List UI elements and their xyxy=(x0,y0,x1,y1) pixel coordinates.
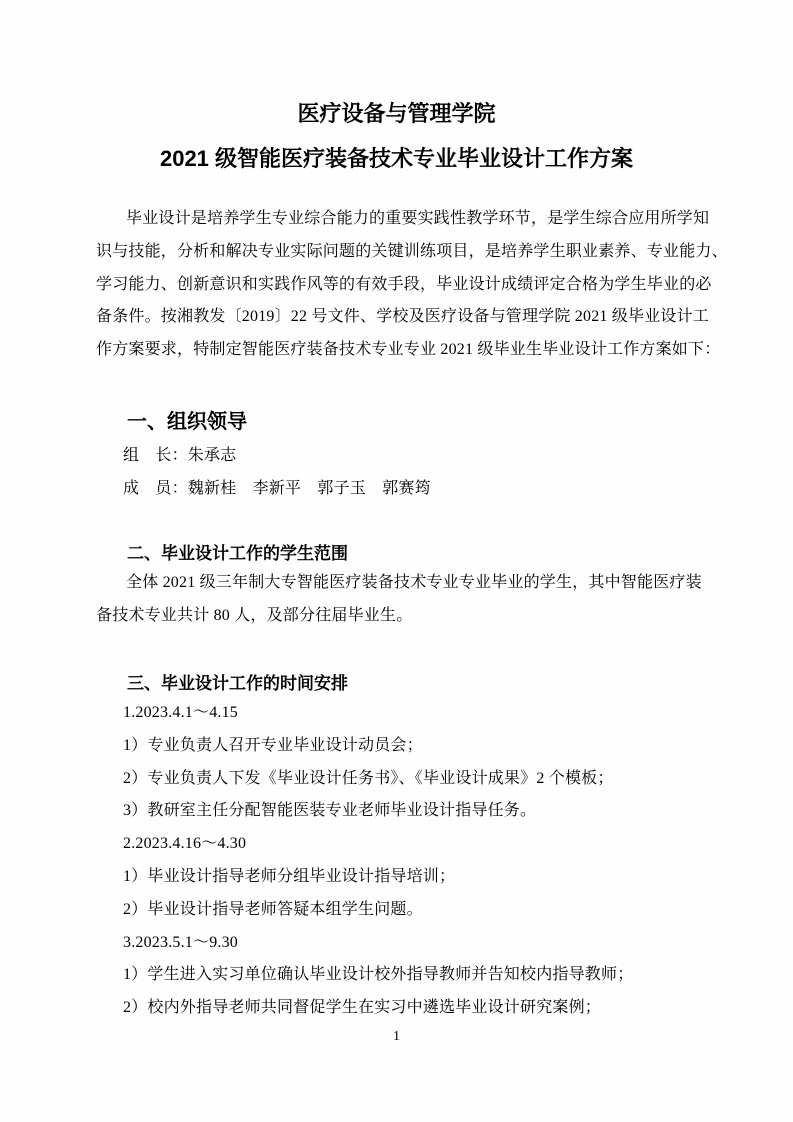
section2-body: 全体 2021 级三年制大专智能医疗装备技术专业专业毕业的学生，其中智能医疗装 … xyxy=(96,567,736,633)
schedule-line: 3）教研室主任分配智能医装专业老师毕业设计指导任务。 xyxy=(96,795,736,828)
doc-title-line1: 医疗设备与管理学院 xyxy=(0,99,793,129)
intro-line: 作方案要求，特制定智能医疗装备技术专业专业 2021 级毕业生毕业设计工作方案如… xyxy=(96,334,736,367)
org-leader-line: 组 长：朱承志 xyxy=(96,440,736,473)
intro-line: 备条件。按湘教发〔2019〕22 号文件、学校及医疗设备与管理学院 2021 级… xyxy=(96,301,736,334)
schedule-line: 3.2023.5.1～9.30 xyxy=(96,927,736,960)
section3-heading: 三、毕业设计工作的时间安排 xyxy=(96,672,767,696)
page-number: 1 xyxy=(0,1028,793,1046)
schedule-line: 1.2023.4.1～4.15 xyxy=(96,697,736,730)
scope-line: 全体 2021 级三年制大专智能医疗装备技术专业专业毕业的学生，其中智能医疗装 xyxy=(96,567,736,600)
section3-body: 1.2023.4.1～4.15 1）专业负责人召开专业毕业设计动员会； 2）专业… xyxy=(96,697,736,1025)
document-page: 医疗设备与管理学院 2021 级智能医疗装备技术专业毕业设计工作方案 毕业设计是… xyxy=(0,0,793,1122)
schedule-line: 2）校内外指导老师共同督促学生在实习中遴选毕业设计研究案例； xyxy=(96,992,736,1025)
section1-body: 组 长：朱承志 成 员：魏新桂 李新平 郭子玉 郭赛筠 xyxy=(96,440,736,506)
scope-line: 备技术专业共计 80 人，及部分往届毕业生。 xyxy=(96,600,736,633)
schedule-line: 2）专业负责人下发《毕业设计任务书》、《毕业设计成果》2 个模板； xyxy=(96,763,736,796)
schedule-line: 2.2023.4.16～4.30 xyxy=(96,828,736,861)
intro-paragraph: 毕业设计是培养学生专业综合能力的重要实践性教学环节，是学生综合应用所学知 识与技… xyxy=(96,203,736,367)
schedule-line: 1）毕业设计指导老师分组毕业设计指导培训； xyxy=(96,861,736,894)
org-members-line: 成 员：魏新桂 李新平 郭子玉 郭赛筠 xyxy=(96,473,736,506)
section2-heading: 二、毕业设计工作的学生范围 xyxy=(96,542,767,566)
section1-heading: 一、组织领导 xyxy=(96,408,767,436)
intro-line: 识与技能，分析和解决专业实际问题的关键训练项目，是培养学生职业素养、专业能力、 xyxy=(96,236,736,269)
intro-line: 毕业设计是培养学生专业综合能力的重要实践性教学环节，是学生综合应用所学知 xyxy=(96,203,736,236)
doc-title-line2: 2021 级智能医疗装备技术专业毕业设计工作方案 xyxy=(0,144,793,174)
schedule-line: 1）学生进入实习单位确认毕业设计校外指导教师并告知校内指导教师； xyxy=(96,959,736,992)
intro-line: 学习能力、创新意识和实践作风等的有效手段，毕业设计成绩评定合格为学生毕业的必 xyxy=(96,269,736,302)
schedule-line: 1）专业负责人召开专业毕业设计动员会； xyxy=(96,730,736,763)
schedule-line: 2）毕业设计指导老师答疑本组学生问题。 xyxy=(96,894,736,927)
